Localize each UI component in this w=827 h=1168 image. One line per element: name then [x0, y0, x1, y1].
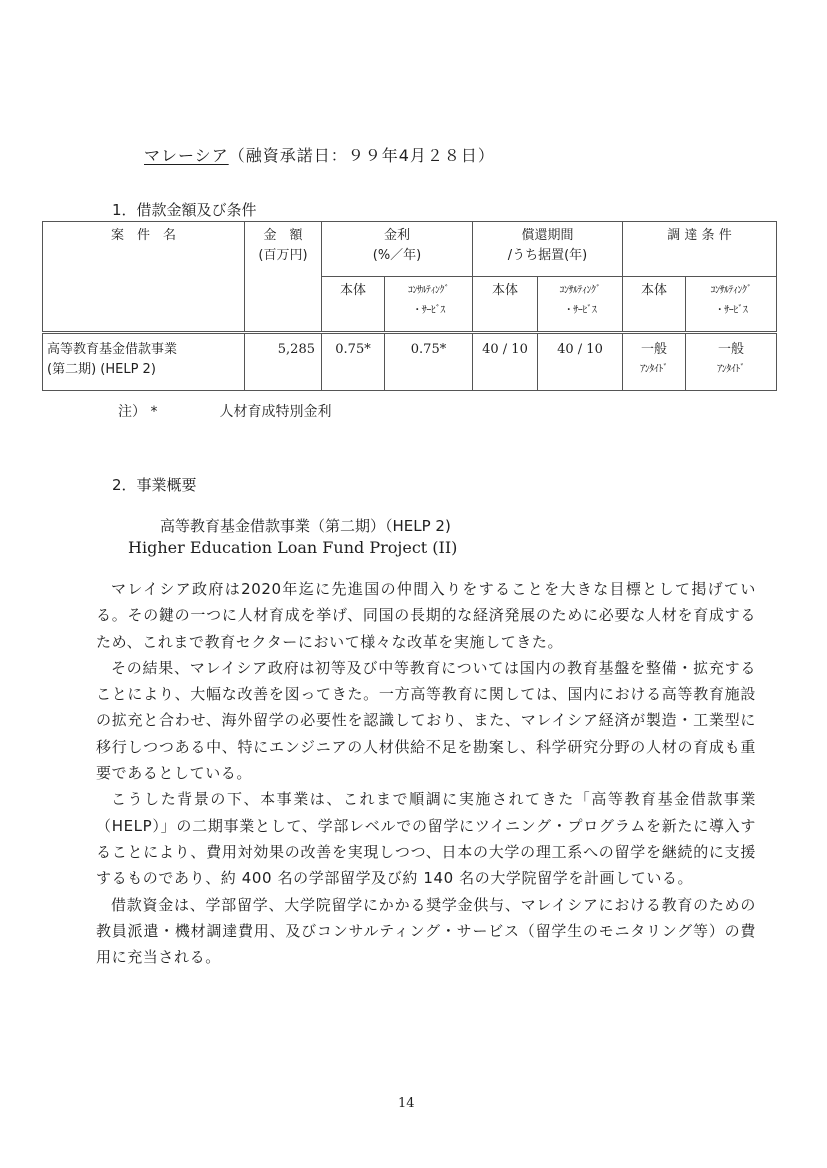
paragraph: マレイシア政府は2020年迄に先進国の仲間入りをすることを大きな目標として掲げて…: [96, 576, 756, 655]
section-1-heading: 1．借款金額及び条件: [112, 199, 257, 220]
project-title-jp: 高等教育基金借款事業（第二期）（HELP 2): [160, 515, 451, 536]
header-repayment: 償還期間/うち据置(年): [473, 222, 623, 277]
cell-project-name: 高等教育基金借款事業(第二期) (HELP 2): [43, 333, 245, 391]
cell-interest-consulting: 0.75*: [385, 333, 473, 391]
cell-repayment-main: 40 / 10: [473, 333, 538, 391]
subheader-repayment-consulting: ｺﾝｻﾙﾃｨﾝｸﾞ・ｻｰﾋﾞｽ: [538, 277, 623, 333]
project-title-en: Higher Education Loan Fund Project (II): [128, 538, 457, 557]
project-description: マレイシア政府は2020年迄に先進国の仲間入りをすることを大きな目標として掲げて…: [96, 576, 756, 970]
subheader-interest-main: 本体: [322, 277, 385, 333]
approval-date: （融資承諾日：９９年4月２８日）: [229, 146, 495, 165]
subheader-interest-consulting: ｺﾝｻﾙﾃｨﾝｸﾞ・ｻｰﾋﾞｽ: [385, 277, 473, 333]
table-row: 高等教育基金借款事業(第二期) (HELP 2) 5,285 0.75* 0.7…: [43, 333, 777, 391]
loan-terms-table: 案 件 名 金 額(百万円) 金利(%／年) 償還期間/うち据置(年) 調 達 …: [42, 221, 777, 391]
table-footnote: 注） *人材育成特別金利: [118, 401, 331, 421]
paragraph: 借款資金は、学部留学、大学院留学にかかる奨学金供与、マレイシアにおける教育のため…: [96, 892, 756, 971]
cell-procurement-main: 一般ｱﾝﾀｲﾄﾞ: [623, 333, 686, 391]
header-procurement: 調 達 条 件: [623, 222, 777, 277]
subheader-repayment-main: 本体: [473, 277, 538, 333]
cell-repayment-consulting: 40 / 10: [538, 333, 623, 391]
paragraph: こうした背景の下、本事業は、これまで順調に実施されてきた「高等教育基金借款事業（…: [96, 786, 756, 891]
footnote-text: 人材育成特別金利: [219, 404, 331, 420]
page-number: 14: [398, 1096, 415, 1111]
section-2-heading: 2．事業概要: [112, 474, 197, 495]
cell-interest-main: 0.75*: [322, 333, 385, 391]
cell-amount: 5,285: [245, 333, 322, 391]
subheader-procurement-main: 本体: [623, 277, 686, 333]
header-interest: 金利(%／年): [322, 222, 473, 277]
header-amount: 金 額(百万円): [245, 222, 322, 333]
subheader-procurement-consulting: ｺﾝｻﾙﾃｨﾝｸﾞ・ｻｰﾋﾞｽ: [686, 277, 777, 333]
page-title: マレーシア（融資承諾日：９９年4月２８日）: [144, 143, 495, 166]
table-header-row: 案 件 名 金 額(百万円) 金利(%／年) 償還期間/うち据置(年) 調 達 …: [43, 222, 777, 277]
header-project-name: 案 件 名: [43, 222, 245, 333]
cell-procurement-consulting: 一般ｱﾝﾀｲﾄﾞ: [686, 333, 777, 391]
country-name: マレーシア: [144, 146, 229, 165]
footnote-label: 注） *: [118, 404, 157, 420]
paragraph: その結果、マレイシア政府は初等及び中等教育については国内の教育基盤を整備・拡充す…: [96, 655, 756, 786]
